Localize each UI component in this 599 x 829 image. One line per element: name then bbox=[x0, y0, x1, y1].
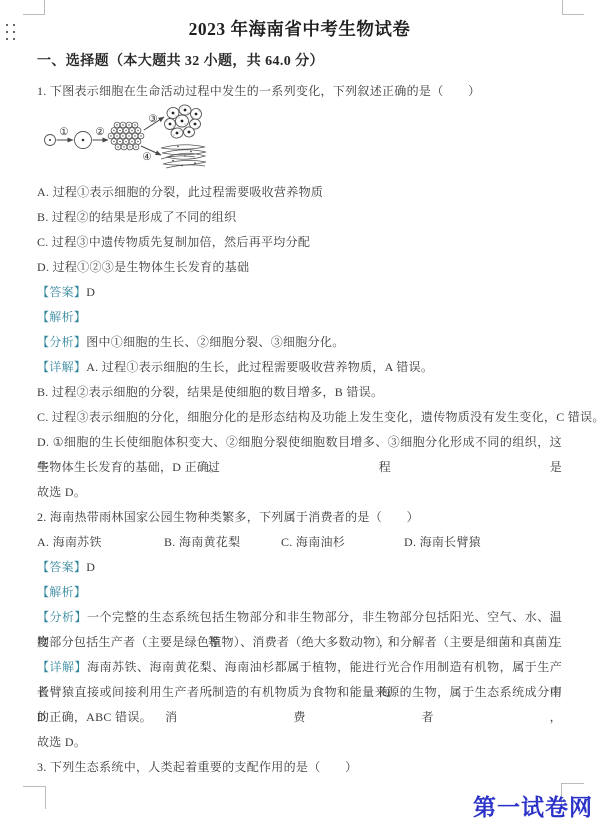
q2-analysis-line-1: 【分析】一个完整的生态系统包括生物部分和非生物部分，非生物部分包括阳光、空气、水… bbox=[37, 605, 562, 630]
drag-handle-icon[interactable] bbox=[6, 24, 18, 42]
q1-detail-line-3: C. 过程③表示细胞的分化，细胞分化的是形态结构及功能上发生变化，遗传物质没有发… bbox=[37, 405, 562, 430]
q1-option-b: B. 过程②的结果是形成了不同的组织 bbox=[37, 205, 562, 230]
q1-conclusion: 故选 D。 bbox=[37, 480, 562, 505]
q1-answer-line: 【答案】D bbox=[37, 280, 562, 305]
q2-option-c: C. 海南油杉 bbox=[281, 530, 404, 555]
q2-option-a: A. 海南苏铁 bbox=[37, 530, 164, 555]
q2-option-d: D. 海南长臂猿 bbox=[404, 530, 481, 555]
margin-corner-mark-top-left bbox=[23, 0, 45, 15]
q2-answer-value: D bbox=[86, 560, 95, 574]
detail-label: 【详解】 bbox=[37, 360, 86, 374]
q1-analysis-text: 图中①细胞的生长、②细胞分裂、③细胞分化。 bbox=[86, 335, 344, 349]
q2-conclusion: 故选 D。 bbox=[37, 730, 562, 755]
q1-answer-value: D bbox=[86, 285, 95, 299]
watermark-site-name: 第一试卷网 bbox=[473, 789, 593, 822]
question-2-stem: 2. 海南热带雨林国家公园生物种类繁多，下列属于消费者的是（ ） bbox=[37, 505, 562, 530]
q1-detail-text-1: A. 过程①表示细胞的生长，此过程需要吸收营养物质，A 错误。 bbox=[86, 360, 433, 374]
explain-label: 【解析】 bbox=[37, 585, 86, 599]
exam-paper-page: 2023 年海南省中考生物试卷 一、选择题（本大题共 32 小题，共 64.0 … bbox=[0, 0, 599, 829]
question-1-stem: 1. 下图表示细胞在生命活动过程中发生的一系列变化，下列叙述正确的是（ ） bbox=[37, 82, 480, 99]
cell-division-diagram: ① ② ③ ④ bbox=[39, 104, 221, 172]
margin-corner-mark-bottom-left bbox=[23, 786, 46, 809]
section-heading: 一、选择题（本大题共 32 小题，共 64.0 分） bbox=[37, 50, 324, 70]
q2-answer-line: 【答案】D bbox=[37, 555, 562, 580]
question-3-stem: 3. 下列生态系统中，人类起着重要的支配作用的是（ ） bbox=[37, 755, 562, 780]
margin-corner-mark-top-right bbox=[562, 0, 584, 15]
q1-explain-line: 【解析】 bbox=[37, 305, 562, 330]
page-title: 2023 年海南省中考生物试卷 bbox=[37, 16, 562, 41]
analysis-label: 【分析】 bbox=[37, 335, 86, 349]
answer-label: 【答案】 bbox=[37, 285, 86, 299]
q1-detail-line-1: 【详解】A. 过程①表示细胞的生长，此过程需要吸收营养物质，A 错误。 bbox=[37, 355, 562, 380]
q2-detail-line-2: 长臂猿直接或间接利用生产者所制造的有机物质为食物和能量来源的生物，属于生态系统成… bbox=[37, 680, 562, 705]
step-1-label: ① bbox=[59, 126, 69, 138]
answer-label: 【答案】 bbox=[37, 560, 86, 574]
fiber-cells bbox=[161, 145, 206, 168]
q1-option-a: A. 过程①表示细胞的分裂，此过程需要吸收营养物质 bbox=[37, 180, 562, 205]
explain-label: 【解析】 bbox=[37, 310, 86, 324]
q2-explain-line: 【解析】 bbox=[37, 580, 562, 605]
step-4-label: ④ bbox=[142, 151, 152, 163]
analysis-label: 【分析】 bbox=[37, 610, 87, 624]
q2-option-b: B. 海南黄花梨 bbox=[164, 530, 281, 555]
tissue-cells bbox=[165, 104, 203, 138]
step-2-label: ② bbox=[95, 126, 105, 138]
q1-detail-line-2: B. 过程②表示细胞的分裂，结果是使细胞的数目增多，B 错误。 bbox=[37, 380, 562, 405]
q2-options-row: A. 海南苏铁B. 海南黄花梨C. 海南油杉D. 海南长臂猿 bbox=[37, 530, 562, 555]
q1-option-c: C. 过程③中遗传物质先复制加倍，然后再平均分配 bbox=[37, 230, 562, 255]
detail-label: 【详解】 bbox=[37, 660, 87, 674]
cell-cluster bbox=[108, 122, 144, 150]
q2-detail-line-1: 【详解】海南苏铁、海南黄花梨、海南油杉都属于植物，能进行光合作用制造有机物，属于… bbox=[37, 655, 562, 680]
q1-option-d: D. 过程①②③是生物体生长发育的基础 bbox=[37, 255, 562, 280]
q1-detail-line-4: D. ①细胞的生长使细胞体积变大、②细胞分裂使细胞数目增多、③细胞分化形成不同的… bbox=[37, 430, 562, 455]
q1-analysis-line: 【分析】图中①细胞的生长、②细胞分裂、③细胞分化。 bbox=[37, 330, 562, 355]
q2-analysis-line-2: 物部分包括生产者（主要是绿色植物）、消费者（绝大多数动物）和分解者（主要是细菌和… bbox=[37, 630, 562, 655]
question-text-lines: A. 过程①表示细胞的分裂，此过程需要吸收营养物质 B. 过程②的结果是形成了不… bbox=[37, 180, 562, 780]
step-3-label: ③ bbox=[148, 113, 158, 125]
